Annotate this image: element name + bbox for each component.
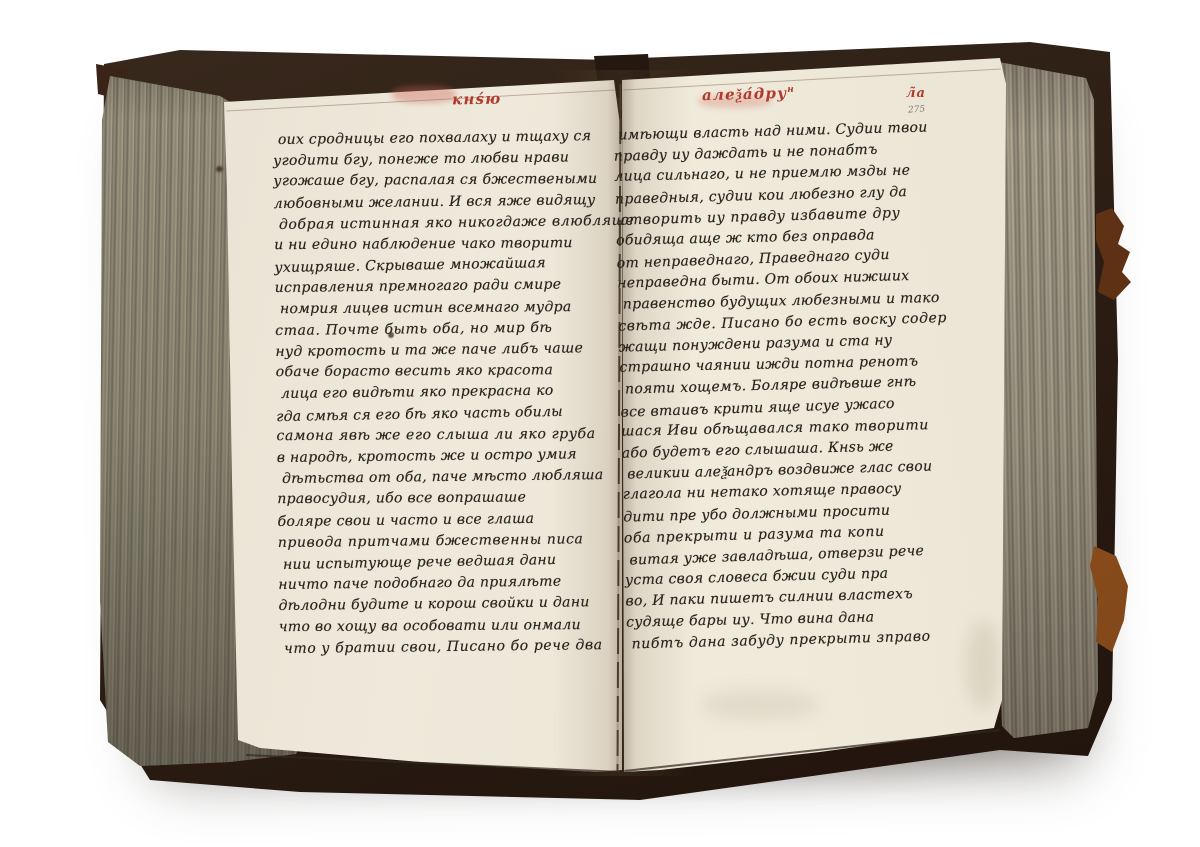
ink-bleed-ghost	[392, 86, 456, 103]
folio-number: л̃а	[906, 86, 926, 101]
book-photo: кнѕ́ю алеѯа́друн л̃а 275 оих сродницы ег…	[0, 0, 1200, 847]
manuscript-text-right: имѣющи власть над ними. Судии твоиправду…	[613, 116, 979, 655]
running-header-superscript: н	[787, 85, 795, 95]
manuscript-text-line: обаче борасто весить яко красота	[276, 360, 612, 384]
running-header-right-text: алеѯа́дру	[702, 84, 788, 104]
manuscript-text-line: что у братии свои, Писано бо рече два	[284, 635, 615, 660]
stain	[700, 690, 820, 720]
manuscript-text-line: угожаше бгу, распалая ся бжествеными	[273, 169, 609, 193]
stain	[150, 560, 220, 720]
pencil-foliation: 275	[908, 104, 926, 115]
manuscript-text-line: номрия лицев истин всемнаго мудра	[280, 296, 611, 320]
manuscript-text-line: дѣлодни будите и корош свойки и дани	[278, 592, 614, 617]
manuscript-text-left: оих сродницы его похвалаху и тщаху сяуго…	[273, 126, 615, 660]
running-header-left: кнѕ́ю	[452, 90, 502, 109]
manuscript-text-line: самона явѣ же его слыша ли яко груба	[276, 424, 612, 448]
stain	[216, 166, 223, 172]
manuscript-text-line: правосудия, ибо все вопрашаше	[277, 487, 613, 511]
running-header-right: алеѯа́друн	[702, 84, 796, 105]
manuscript-text-line: что во хощу ва особовати или онмали	[279, 614, 615, 638]
